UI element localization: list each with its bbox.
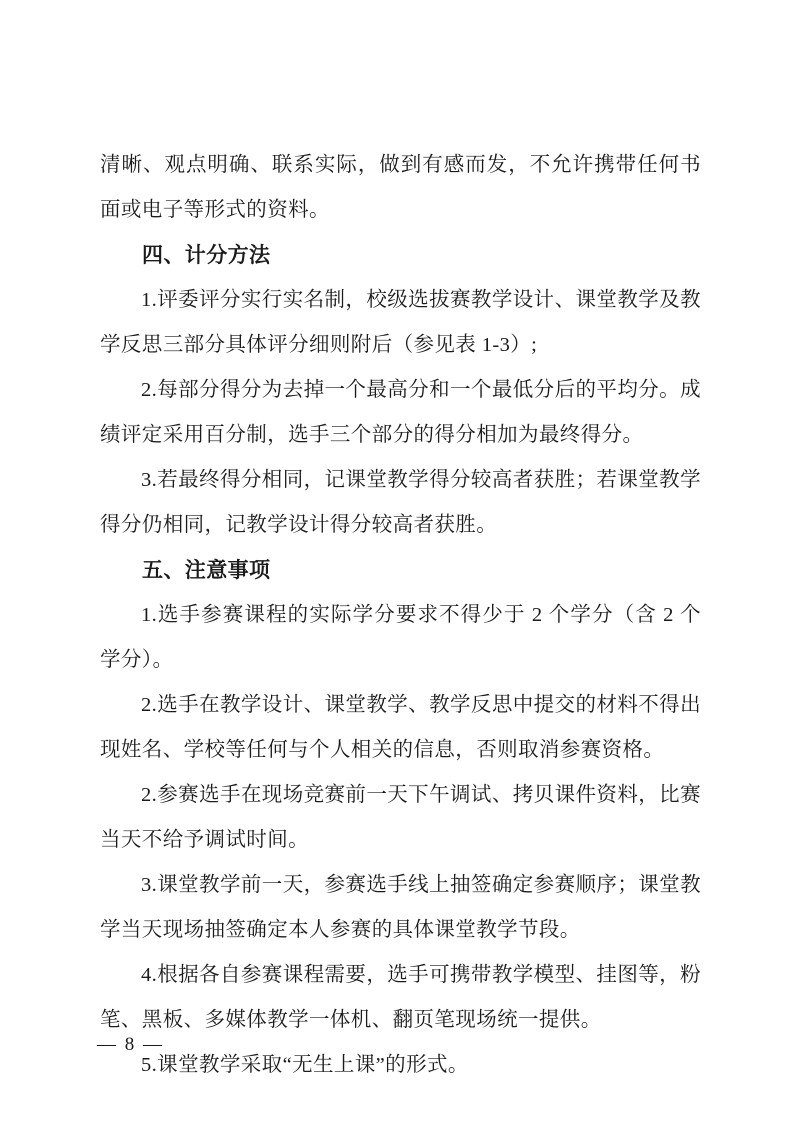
paragraph: 1.评委评分实行实名制，校级选拔赛教学设计、课堂教学及教学反思三部分具体评分细则… xyxy=(100,278,701,368)
section-heading: 五、注意事项 xyxy=(100,548,701,593)
page-number: — 8 — xyxy=(97,1034,164,1055)
document-page: 清晰、观点明确、联系实际，做到有感而发，不允许携带任何书面或电子等形式的资料。四… xyxy=(0,0,793,1122)
paragraph: 清晰、观点明确、联系实际，做到有感而发，不允许携带任何书面或电子等形式的资料。 xyxy=(100,143,701,233)
paragraph: 3.若最终得分相同，记课堂教学得分较高者获胜；若课堂教学得分仍相同，记教学设计得… xyxy=(100,458,701,548)
document-body: 清晰、观点明确、联系实际，做到有感而发，不允许携带任何书面或电子等形式的资料。四… xyxy=(100,143,701,1088)
paragraph: 5.课堂教学采取“无生上课”的形式。 xyxy=(100,1043,701,1088)
section-heading: 四、计分方法 xyxy=(100,233,701,278)
paragraph: 4.根据各自参赛课程需要，选手可携带教学模型、挂图等，粉笔、黑板、多媒体教学一体… xyxy=(100,953,701,1043)
paragraph: 2.选手在教学设计、课堂教学、教学反思中提交的材料不得出现姓名、学校等任何与个人… xyxy=(100,683,701,773)
paragraph: 1.选手参赛课程的实际学分要求不得少于 2 个学分（含 2 个学分）。 xyxy=(100,593,701,683)
paragraph: 2.每部分得分为去掉一个最高分和一个最低分后的平均分。成绩评定采用百分制，选手三… xyxy=(100,368,701,458)
paragraph: 3.课堂教学前一天，参赛选手线上抽签确定参赛顺序；课堂教学当天现场抽签确定本人参… xyxy=(100,863,701,953)
paragraph: 2.参赛选手在现场竞赛前一天下午调试、拷贝课件资料，比赛当天不给予调试时间。 xyxy=(100,773,701,863)
page-footer: — 8 — xyxy=(97,1034,164,1056)
